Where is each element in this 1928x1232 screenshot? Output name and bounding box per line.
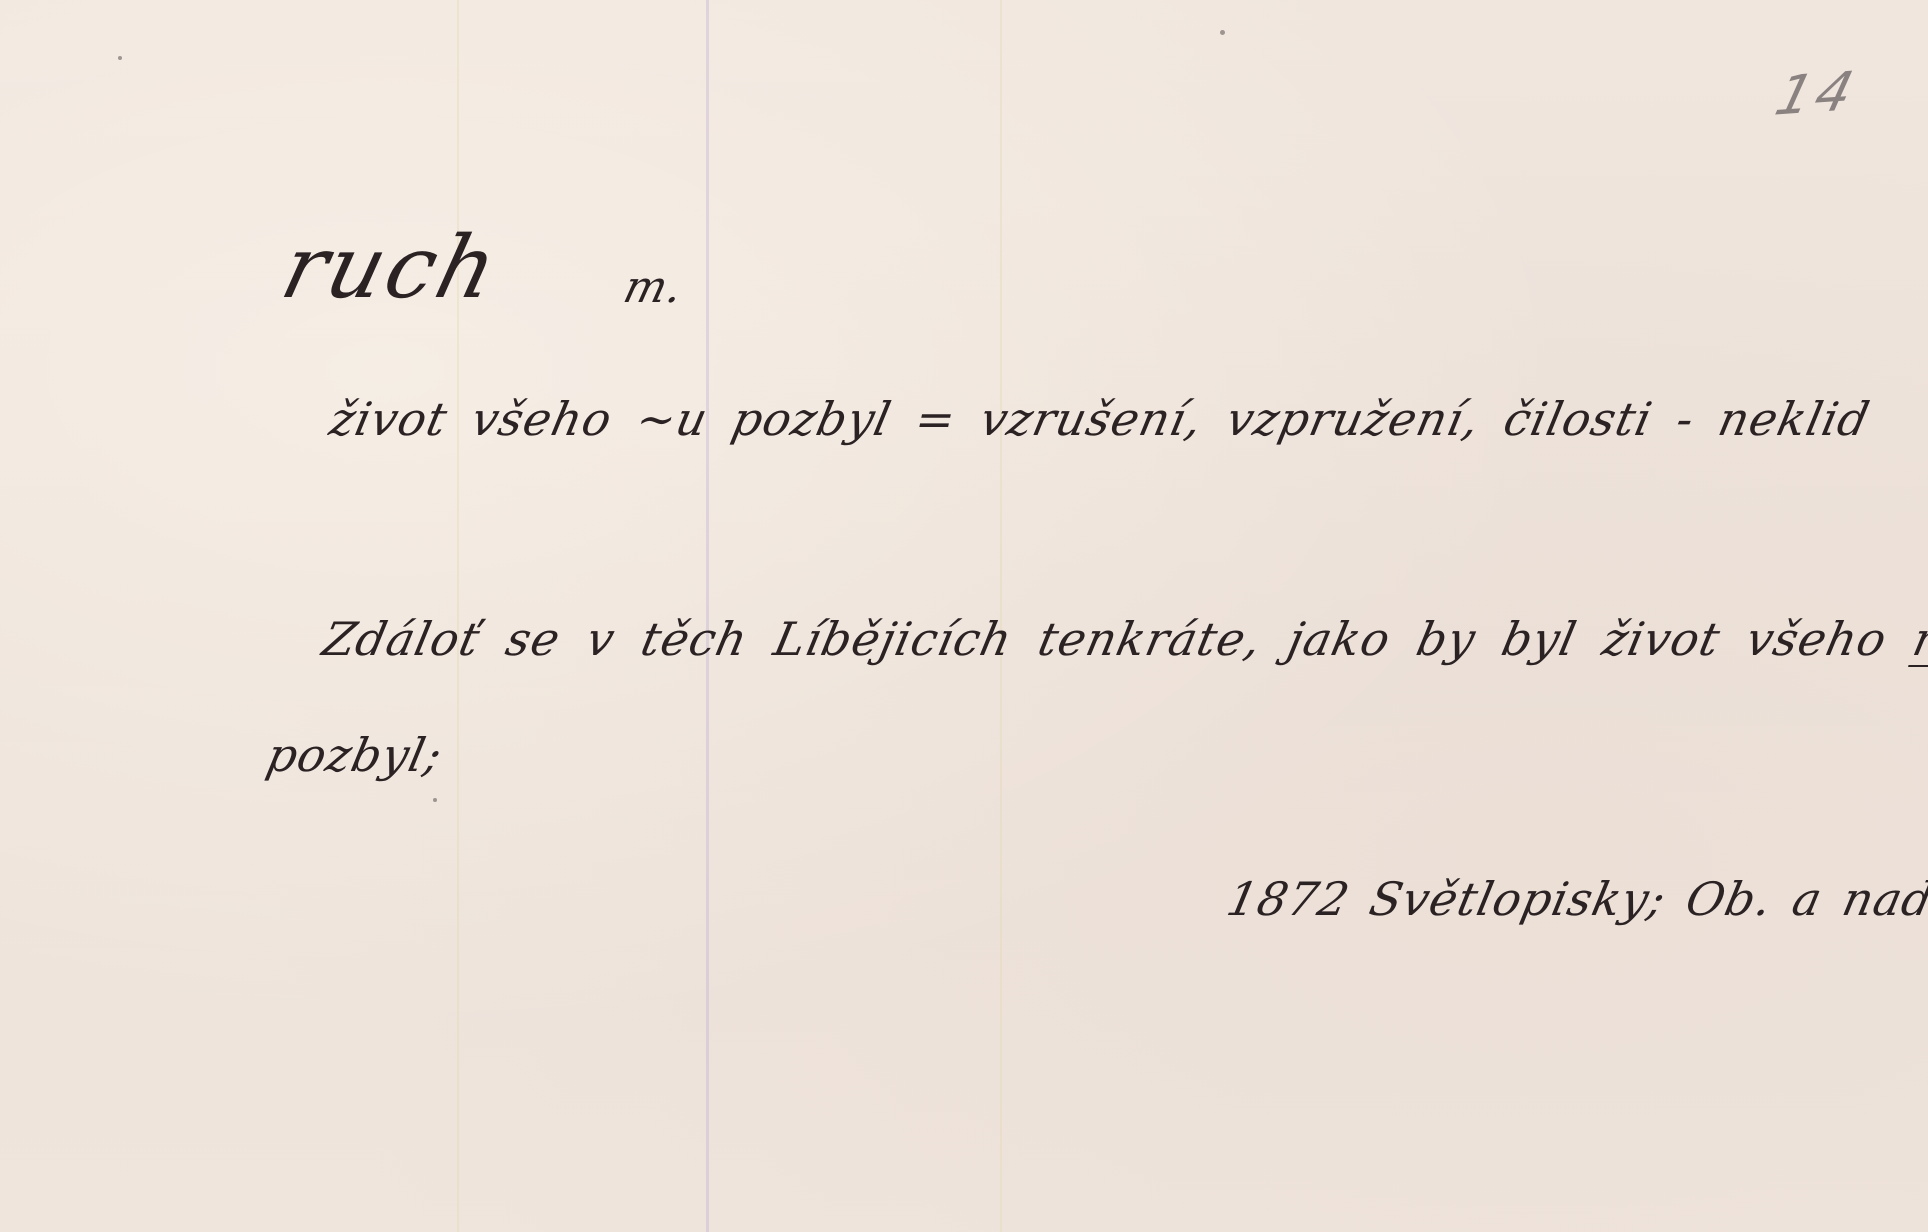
dictionary-slip: 14 ruch m. život všeho ~u pozbyl = vzruš… — [0, 0, 1928, 1232]
highlighted-word: ruchu — [1908, 612, 1928, 666]
example-sentence-line-1: Zdáloť se v těch Líbějicích tenkráte, ja… — [318, 612, 1928, 666]
example-text: Zdáloť se v těch Líbějicích tenkráte, ja… — [318, 612, 1892, 666]
example-sentence-line-2: pozbyl; — [262, 728, 448, 782]
headword: ruch — [273, 218, 510, 318]
paper-speck — [1220, 30, 1225, 35]
definition-line: život všeho ~u pozbyl = vzrušení, vzpruž… — [325, 392, 1875, 446]
paper-speck — [118, 56, 122, 60]
page-number: 14 — [1769, 59, 1863, 127]
source-citation: 1872 Světlopisky; Ob. a nad. 28,7. — [1222, 872, 1928, 926]
grammatical-gender: m. — [619, 262, 689, 313]
paper-speck — [433, 798, 437, 802]
